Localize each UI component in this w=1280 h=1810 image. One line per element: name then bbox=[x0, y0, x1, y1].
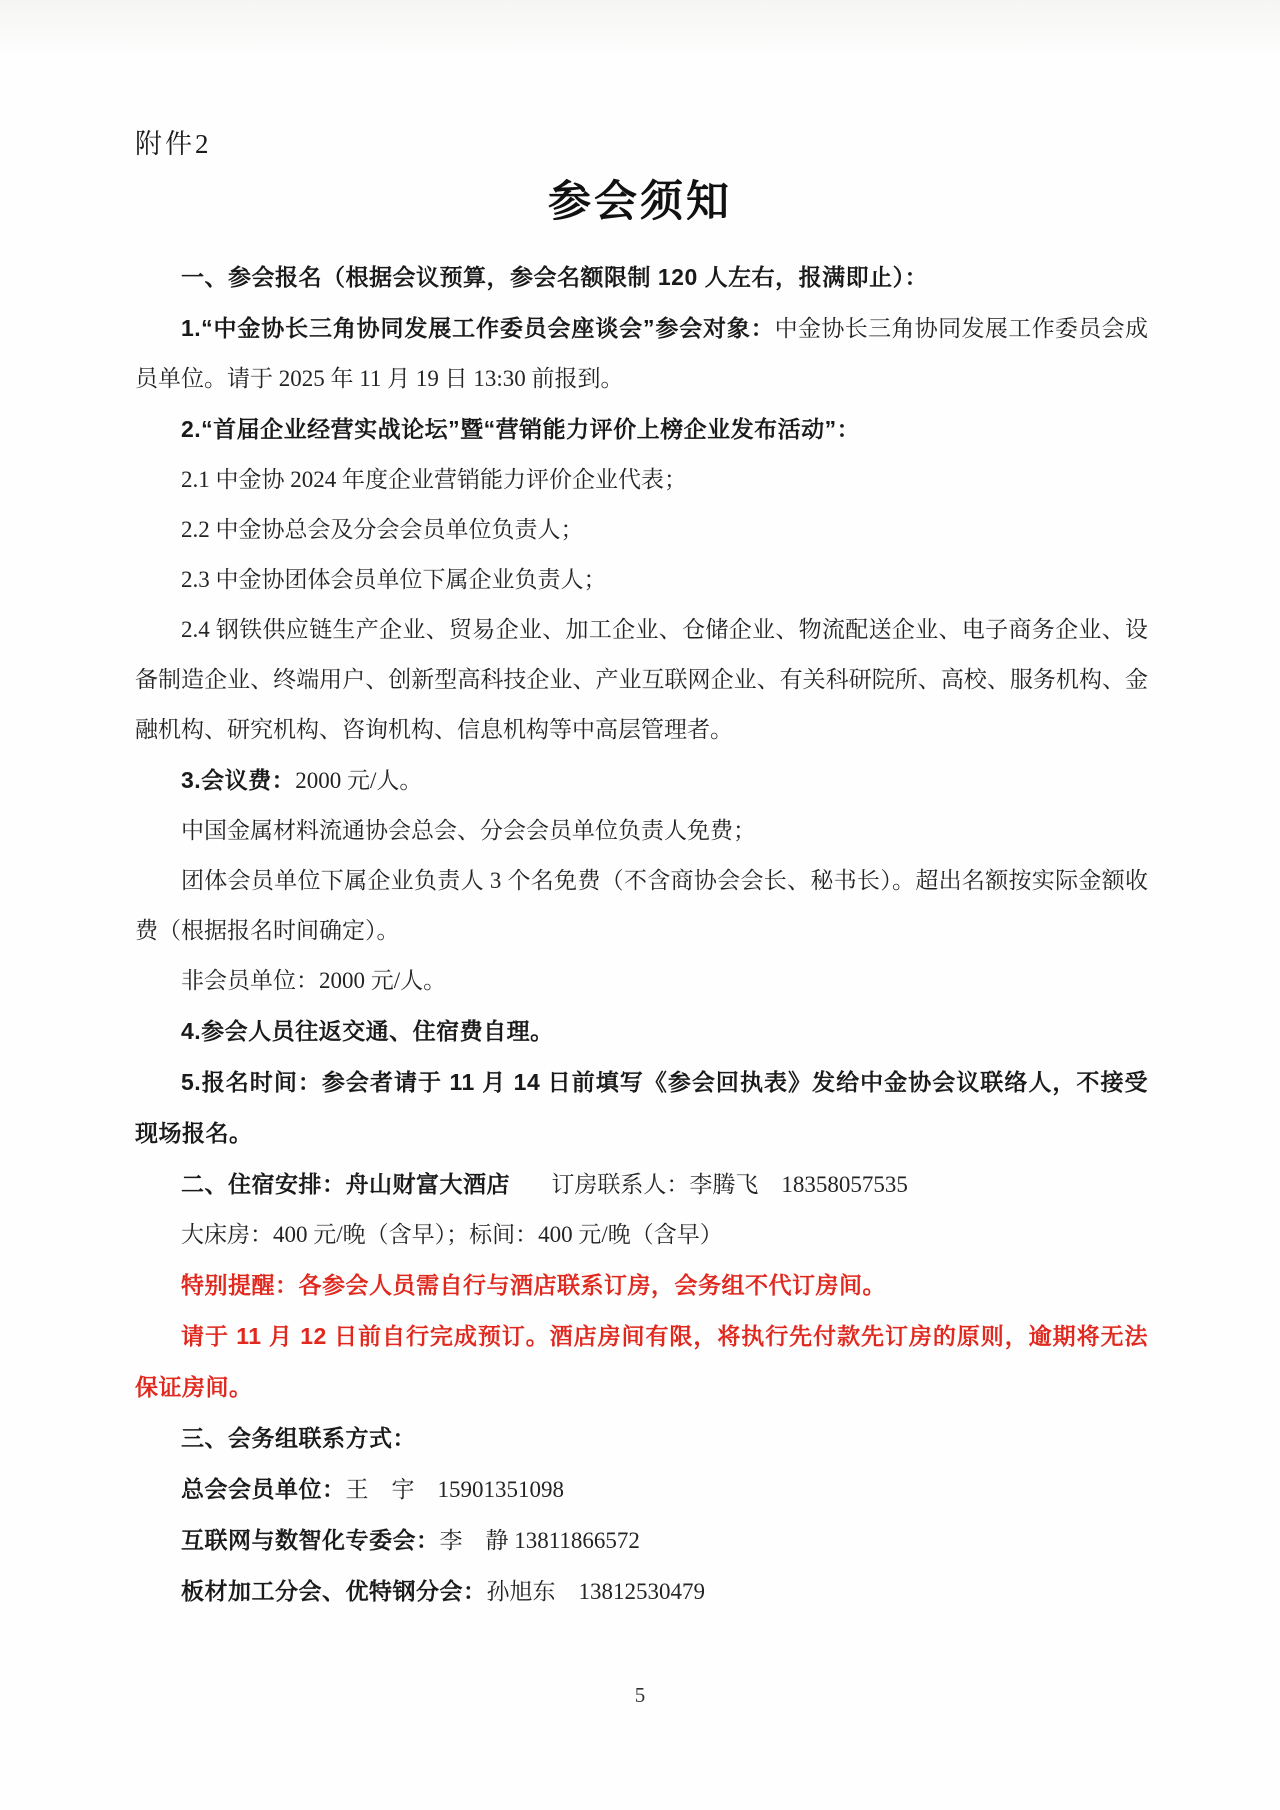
item4-transport: 4.参会人员往返交通、住宿费自理。 bbox=[135, 1006, 1148, 1057]
text-run: 2.“首届企业经营实战论坛”暨“营销能力评价上榜企业发布活动”： bbox=[181, 416, 860, 442]
text-run: 2.4 钢铁供应链生产企业、贸易企业、加工企业、仓储企业、物流配送企业、电子商务… bbox=[135, 617, 1148, 742]
hotel-room-rates: 大床房：400 元/晚（含早）；标间：400 元/晚（含早） bbox=[135, 1210, 1148, 1260]
contact-headquarters: 总会会员单位：王 宇 15901351098 bbox=[135, 1464, 1148, 1515]
text-run: 二、住宿安排：舟山财富大酒店 bbox=[181, 1171, 510, 1197]
attachment-label: 附件2 bbox=[135, 0, 1280, 162]
fee-group-members: 团体会员单位下属企业负责人 3 个名免费（不含商协会会长、秘书长）。超出名额按实… bbox=[135, 856, 1148, 956]
text-run: 订房联系人：李腾飞 18358057535 bbox=[551, 1172, 908, 1197]
text-run: 2.1 中金协 2024 年度企业营销能力评价企业代表； bbox=[181, 467, 687, 492]
text-run: 2.2 中金协总会及分会会员单位负责人； bbox=[181, 517, 584, 542]
section1-heading: 一、参会报名（根据会议预算，参会名额限制 120 人左右，报满即止）： bbox=[135, 252, 1148, 303]
item2-1: 2.1 中金协 2024 年度企业营销能力评价企业代表； bbox=[135, 455, 1148, 505]
text-run: 3.会议费： bbox=[181, 767, 295, 793]
fee-non-members: 非会员单位：2000 元/人。 bbox=[135, 956, 1148, 1006]
text-run: 1.“中金协长三角协同发展工作委员会座谈会”参会对象： bbox=[181, 315, 775, 341]
item2-3: 2.3 中金协团体会员单位下属企业负责人； bbox=[135, 555, 1148, 605]
text-run: 三、会务组联系方式： bbox=[181, 1425, 416, 1451]
item1-paragraph: 1.“中金协长三角协同发展工作委员会座谈会”参会对象：中金协长三角协同发展工作委… bbox=[135, 303, 1148, 404]
text-run: 孙旭东 13812530479 bbox=[487, 1579, 706, 1604]
page-number: 5 bbox=[0, 1683, 1280, 1708]
text-run: 中国金属材料流通协会总会、分会会员单位负责人免费； bbox=[181, 818, 756, 843]
special-notice-1: 特别提醒：各参会人员需自行与酒店联系订房，会务组不代订房间。 bbox=[135, 1260, 1148, 1311]
text-run: 2.3 中金协团体会员单位下属企业负责人； bbox=[181, 567, 607, 592]
contact-plate-branch: 板材加工分会、优特钢分会：孙旭东 13812530479 bbox=[135, 1566, 1148, 1617]
fee-free-members: 中国金属材料流通协会总会、分会会员单位负责人免费； bbox=[135, 806, 1148, 856]
document-body: 一、参会报名（根据会议预算，参会名额限制 120 人左右，报满即止）： 1.“中… bbox=[135, 252, 1148, 1617]
section3-contacts-heading: 三、会务组联系方式： bbox=[135, 1413, 1148, 1464]
item3-fee: 3.会议费：2000 元/人。 bbox=[135, 755, 1148, 806]
contact-internet-committee: 互联网与数智化专委会：李 静 13811866572 bbox=[135, 1515, 1148, 1566]
document-title: 参会须知 bbox=[0, 174, 1280, 232]
text-run: 2000 元/人。 bbox=[295, 768, 422, 793]
text-run: 一、参会报名（根据会议预算，参会名额限制 120 人左右，报满即止）： bbox=[181, 264, 928, 290]
item2-2: 2.2 中金协总会及分会会员单位负责人； bbox=[135, 505, 1148, 555]
document-page: 附件2 参会须知 一、参会报名（根据会议预算，参会名额限制 120 人左右，报满… bbox=[0, 0, 1280, 1810]
text-run: 互联网与数智化专委会： bbox=[181, 1527, 440, 1553]
text-run: 总会会员单位： bbox=[181, 1476, 346, 1502]
text-run: 大床房：400 元/晚（含早）；标间：400 元/晚（含早） bbox=[181, 1222, 723, 1247]
text-run: 5.报名时间：参会者请于 11 月 14 日前填写《参会回执表》发给中金协会议联… bbox=[135, 1069, 1148, 1146]
text-run: 李 静 13811866572 bbox=[440, 1528, 640, 1553]
text-run: 4.参会人员往返交通、住宿费自理。 bbox=[181, 1018, 554, 1044]
special-notice-2: 请于 11 月 12 日前自行完成预订。酒店房间有限，将执行先付款先订房的原则，… bbox=[135, 1311, 1148, 1413]
section2-hotel: 二、住宿安排：舟山财富大酒店订房联系人：李腾飞 18358057535 bbox=[135, 1159, 1148, 1210]
text-run: 王 宇 15901351098 bbox=[346, 1477, 565, 1502]
text-run: 请于 11 月 12 日前自行完成预订。酒店房间有限，将执行先付款先订房的原则，… bbox=[135, 1323, 1148, 1400]
item2-heading: 2.“首届企业经营实战论坛”暨“营销能力评价上榜企业发布活动”： bbox=[135, 404, 1148, 455]
item2-4: 2.4 钢铁供应链生产企业、贸易企业、加工企业、仓储企业、物流配送企业、电子商务… bbox=[135, 605, 1148, 755]
text-run: 板材加工分会、优特钢分会： bbox=[181, 1578, 487, 1604]
text-run: 特别提醒：各参会人员需自行与酒店联系订房，会务组不代订房间。 bbox=[181, 1272, 886, 1298]
text-run: 非会员单位：2000 元/人。 bbox=[181, 968, 446, 993]
text-run: 团体会员单位下属企业负责人 3 个名免费（不含商协会会长、秘书长）。超出名额按实… bbox=[135, 868, 1148, 943]
item5-registration: 5.报名时间：参会者请于 11 月 14 日前填写《参会回执表》发给中金协会议联… bbox=[135, 1057, 1148, 1159]
